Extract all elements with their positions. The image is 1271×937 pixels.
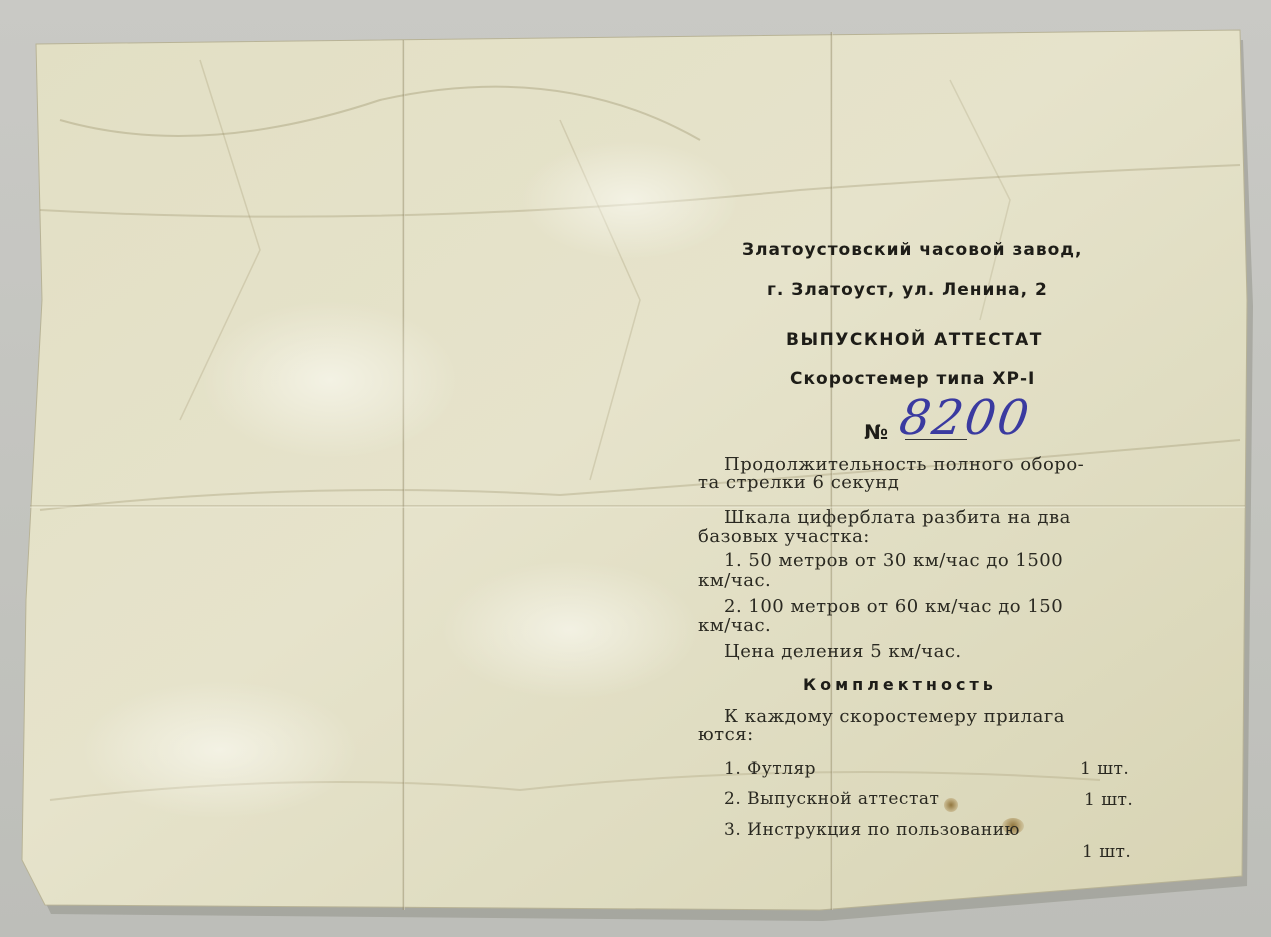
stain xyxy=(944,798,958,812)
rotation-text-2: та стрелки 6 секунд xyxy=(698,472,899,493)
fold-line-left xyxy=(402,40,405,910)
serial-underline xyxy=(905,439,967,440)
range-2-text-2: км/час. xyxy=(698,615,771,636)
item-1-label: 1. Футляр xyxy=(724,759,816,779)
completeness-intro-1: К каждому скоростемеру прилага xyxy=(724,706,1065,727)
item-2-qty: 1 шт. xyxy=(1084,790,1133,810)
number-label: № xyxy=(864,420,889,444)
completeness-heading: Комплектность xyxy=(803,675,997,694)
range-1-text-2: км/час. xyxy=(698,570,771,591)
glare xyxy=(440,560,700,700)
glare xyxy=(200,300,460,460)
completeness-intro-2: ются: xyxy=(698,724,754,745)
product-type: Скоростемер типа ХР-I xyxy=(790,369,1035,389)
factory-name: Златоустовский часовой завод, xyxy=(742,240,1082,260)
document-title: ВЫПУСКНОЙ АТТЕСТАТ xyxy=(786,330,1043,350)
certificate-paper: Златоустовский часовой завод, г. Златоус… xyxy=(0,0,1271,937)
scale-text-2: базовых участка: xyxy=(698,526,870,547)
item-1-qty: 1 шт. xyxy=(1080,759,1129,779)
item-3-label: 3. Инструкция по пользованию xyxy=(724,820,1020,840)
range-1-text-1: 1. 50 метров от 30 км/час до 1500 xyxy=(724,550,1063,571)
glare xyxy=(520,140,740,260)
glare xyxy=(80,680,360,820)
range-2-text-1: 2. 100 метров от 60 км/час до 150 xyxy=(724,596,1063,617)
division-text: Цена деления 5 км/час. xyxy=(724,641,962,662)
item-3-qty: 1 шт. xyxy=(1082,842,1131,862)
factory-address: г. Златоуст, ул. Ленина, 2 xyxy=(767,280,1048,300)
scale-text-1: Шкала циферблата разбита на два xyxy=(724,507,1071,528)
item-2-label: 2. Выпускной аттестат xyxy=(724,789,939,809)
serial-number: 8200 xyxy=(896,390,1034,446)
